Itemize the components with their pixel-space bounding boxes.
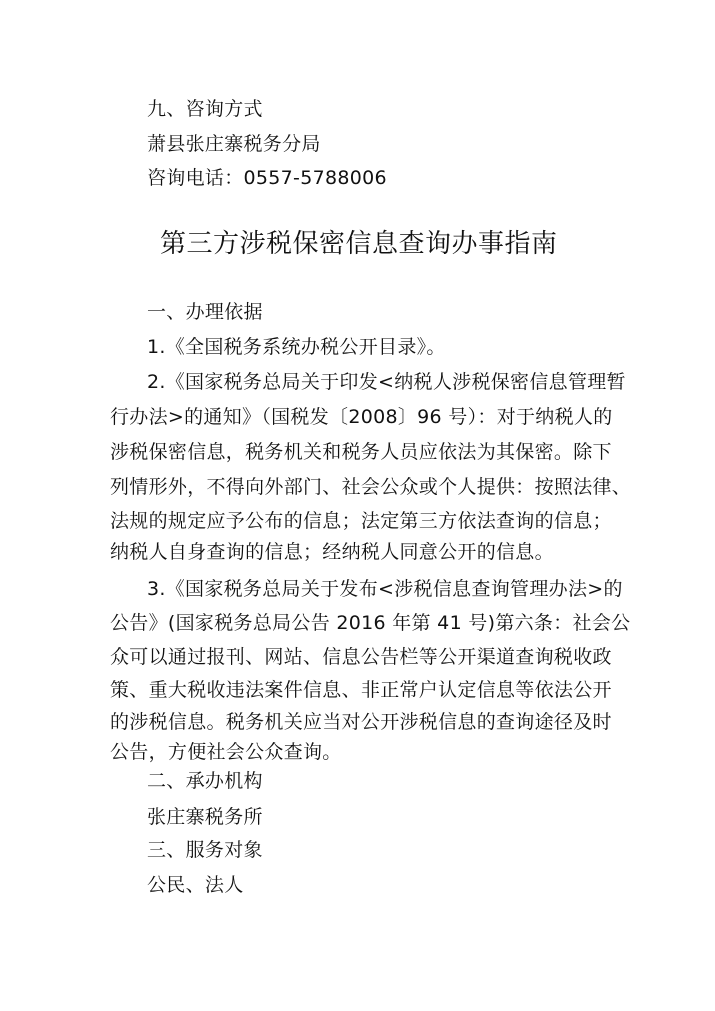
- section2-heading: 二、承办机构: [147, 769, 263, 793]
- section2-body: 张庄寨税务所: [147, 805, 263, 829]
- basis-item-3-line: 公告，方便社会公众查询。: [110, 740, 342, 764]
- basis-item-2-line: 行办法>的通知》（国税发〔2008〕96 号）：对于纳税人的: [110, 405, 613, 429]
- page-title: 第三方涉税保密信息查询办事指南: [160, 228, 558, 260]
- section3-body: 公民、法人: [147, 873, 244, 897]
- consult-office: 萧县张庄寨税务分局: [147, 132, 321, 156]
- basis-item-2-line: 纳税人自身查询的信息；经纳税人同意公开的信息。: [110, 540, 554, 564]
- basis-item-3-line: 策、重大税收违法案件信息、非正常户认定信息等依法公开: [110, 678, 612, 702]
- basis-item-2-line: 列情形外，不得向外部门、社会公众或个人提供：按照法律、: [110, 475, 631, 499]
- basis-item-3-line: 众可以通过报刊、网站、信息公告栏等公开渠道查询税收政: [110, 645, 612, 669]
- basis-item-3-line: 的涉税信息。税务机关应当对公开涉税信息的查询途径及时: [110, 710, 612, 734]
- basis-item-3-line: 公告》(国家税务总局公告 2016 年第 41 号)第六条：社会公: [110, 611, 630, 635]
- consult-heading: 九、咨询方式: [147, 97, 263, 121]
- basis-item-3-line: 3.《国家税务总局关于发布<涉税信息查询管理办法>的: [147, 577, 623, 601]
- basis-item-1: 1.《全国税务系统办税公开目录》。: [147, 335, 446, 359]
- basis-item-2-line: 2.《国家税务总局关于印发<纳税人涉税保密信息管理暂: [147, 370, 626, 394]
- section3-heading: 三、服务对象: [147, 838, 263, 862]
- consult-phone: 咨询电话：0557-5788006: [147, 166, 387, 190]
- basis-item-2-line: 涉税保密信息，税务机关和税务人员应依法为其保密。除下: [110, 440, 612, 464]
- section1-heading: 一、办理依据: [147, 300, 263, 324]
- basis-item-2-line: 法规的规定应予公布的信息；法定第三方依法查询的信息；: [110, 509, 612, 533]
